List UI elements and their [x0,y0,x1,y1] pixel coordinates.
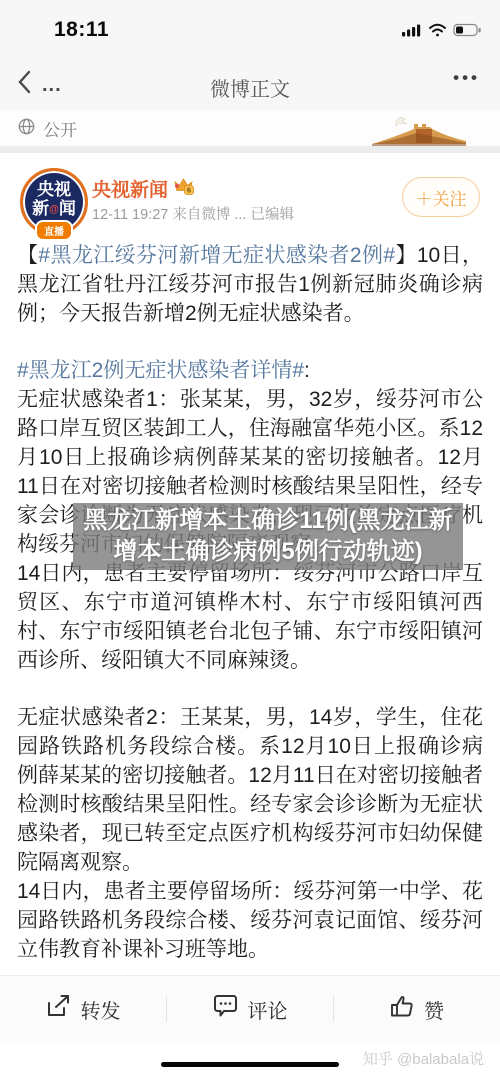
section-divider [0,146,500,153]
post-paragraph: 【#黑龙江绥芬河新增无症状感染者2例#】10日，黑龙江省牡丹江绥芬河市报告1例新… [17,241,483,328]
more-options-button[interactable]: ••• [453,68,480,88]
vip-crown-icon: 6 [173,176,194,201]
nav-bar: ... 微博正文 ••• [0,60,500,110]
post-text: 【 [17,244,38,267]
post-text: 无症状感染者2：王某某，男，14岁，学生，住花园路铁路机务段综合楼。系12月10… [17,706,483,961]
repost-button[interactable]: 转发 [0,976,166,1042]
footer: 知乎 @balabala说 [0,1041,500,1082]
visibility-label: 公开 [43,116,77,141]
overlay-watermark-line1: 黑龙江新增本土确诊11例(黑龙江新 [73,505,463,536]
avatar-line1: 央视 [23,180,85,199]
comment-label: 评论 [248,995,288,1024]
live-badge: 直播 [35,220,73,241]
avatar[interactable]: 央视 新@闻 直播 [20,168,88,236]
repost-icon [46,995,71,1024]
comment-icon [213,995,238,1024]
author-name[interactable]: 央视新闻 6 [92,175,194,202]
action-toolbar: 转发 评论 赞 [0,975,500,1042]
home-indicator[interactable] [161,1062,339,1067]
svg-text:6: 6 [187,186,191,195]
comment-button[interactable]: 评论 [167,976,333,1042]
like-label: 赞 [424,995,444,1024]
follow-button[interactable]: ＋关注 [402,177,480,217]
like-button[interactable]: 赞 [334,976,500,1042]
battery-icon [453,23,482,42]
like-icon [390,995,414,1024]
hashtag-link[interactable]: #黑龙江绥芬河新增无症状感染者2例# [38,244,395,267]
repost-label: 转发 [81,995,121,1024]
page-title: 微博正文 [0,73,500,102]
avatar-at-symbol: @ [49,204,59,215]
overlay-watermark-line2: 增本土确诊病例5例行动轨迹) [73,536,463,567]
status-bar: 18:11 [0,0,500,60]
status-icons [402,23,482,42]
avatar-line2: 新@闻 [23,199,85,219]
hashtag-link[interactable]: #黑龙江2例无症状感染者详情# [17,359,304,382]
status-time: 18:11 [54,18,109,42]
post-paragraph: 无症状感染者2：王某某，男，14岁，学生，住花园路铁路机务段综合楼。系12月10… [17,703,483,964]
globe-icon [18,118,35,140]
footer-watermark: 知乎 @balabala说 [363,1048,484,1069]
wifi-icon [428,23,447,42]
post-meta: 12-11 19:27 来自微博 ... 已编辑 [92,203,294,224]
cellular-signal-icon [402,23,422,42]
visibility-row: 公开 [0,110,500,146]
overlay-watermark: 黑龙江新增本土确诊11例(黑龙江新 增本土确诊病例5例行动轨迹) [73,503,463,570]
top-chrome: 18:11 [0,0,500,110]
post-body: 【#黑龙江绥芬河新增无症状感染者2例#】10日，黑龙江省牡丹江绥芬河市报告1例新… [0,241,500,992]
